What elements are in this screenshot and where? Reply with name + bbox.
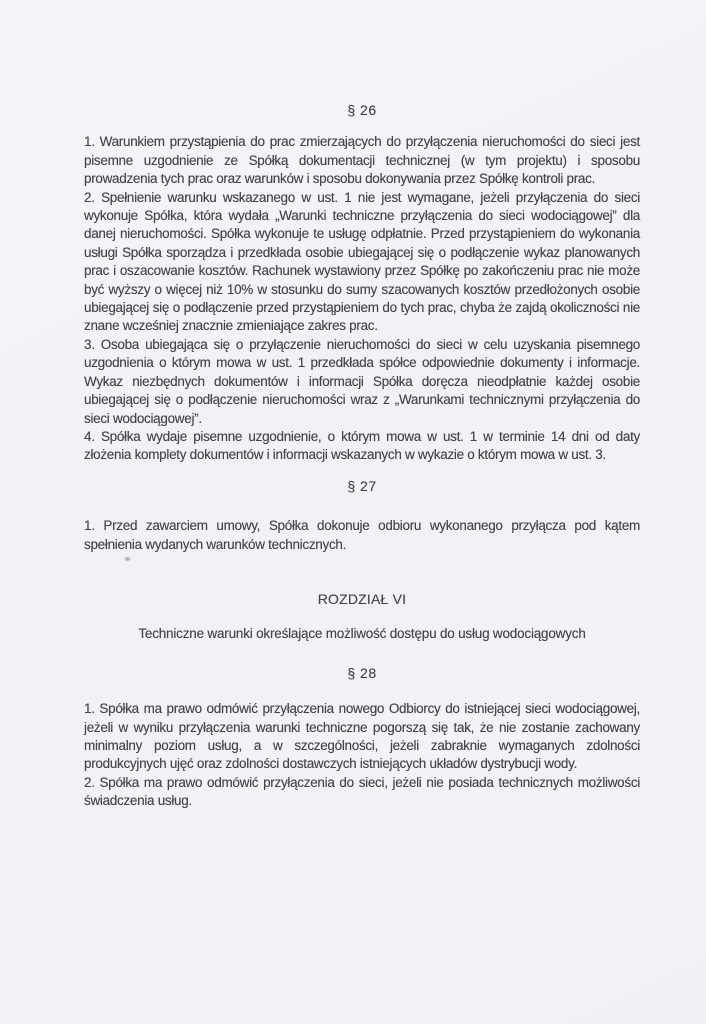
section-27-paragraph-1: 1. Przed zawarciem umowy, Spółka dokonuj… [84,517,640,554]
section-27-heading: § 27 [84,477,640,495]
section-26-paragraph-3: 3. Osoba ubiegająca się o przyłączenie n… [84,336,640,428]
section-26-paragraph-2: 2. Spełnienie warunku wskazanego w ust. … [84,189,640,336]
section-28-body: 1. Spółka ma prawo odmówić przyłączenia … [84,700,640,810]
section-28-heading: § 28 [84,664,640,682]
section-26-paragraph-4: 4. Spółka wydaje pisemne uzgodnienie, o … [84,428,640,465]
chapter-6-title: ROZDZIAŁ VI [84,590,640,608]
document-body: § 26 1. Warunkiem przystąpienia do prac … [84,101,640,811]
scanned-document-page: § 26 1. Warunkiem przystąpienia do prac … [0,0,706,1024]
section-26-heading: § 26 [84,101,640,119]
chapter-6-subtitle: Techniczne warunki określające możliwość… [84,625,640,643]
scan-speck [125,557,130,561]
section-28-paragraph-2: 2. Spółka ma prawo odmówić przyłączenia … [84,774,640,811]
section-27-body: 1. Przed zawarciem umowy, Spółka dokonuj… [84,517,640,554]
section-26-paragraph-1: 1. Warunkiem przystąpienia do prac zmier… [84,133,640,188]
section-28-paragraph-1: 1. Spółka ma prawo odmówić przyłączenia … [84,700,640,774]
section-26-body: 1. Warunkiem przystąpienia do prac zmier… [84,133,640,464]
